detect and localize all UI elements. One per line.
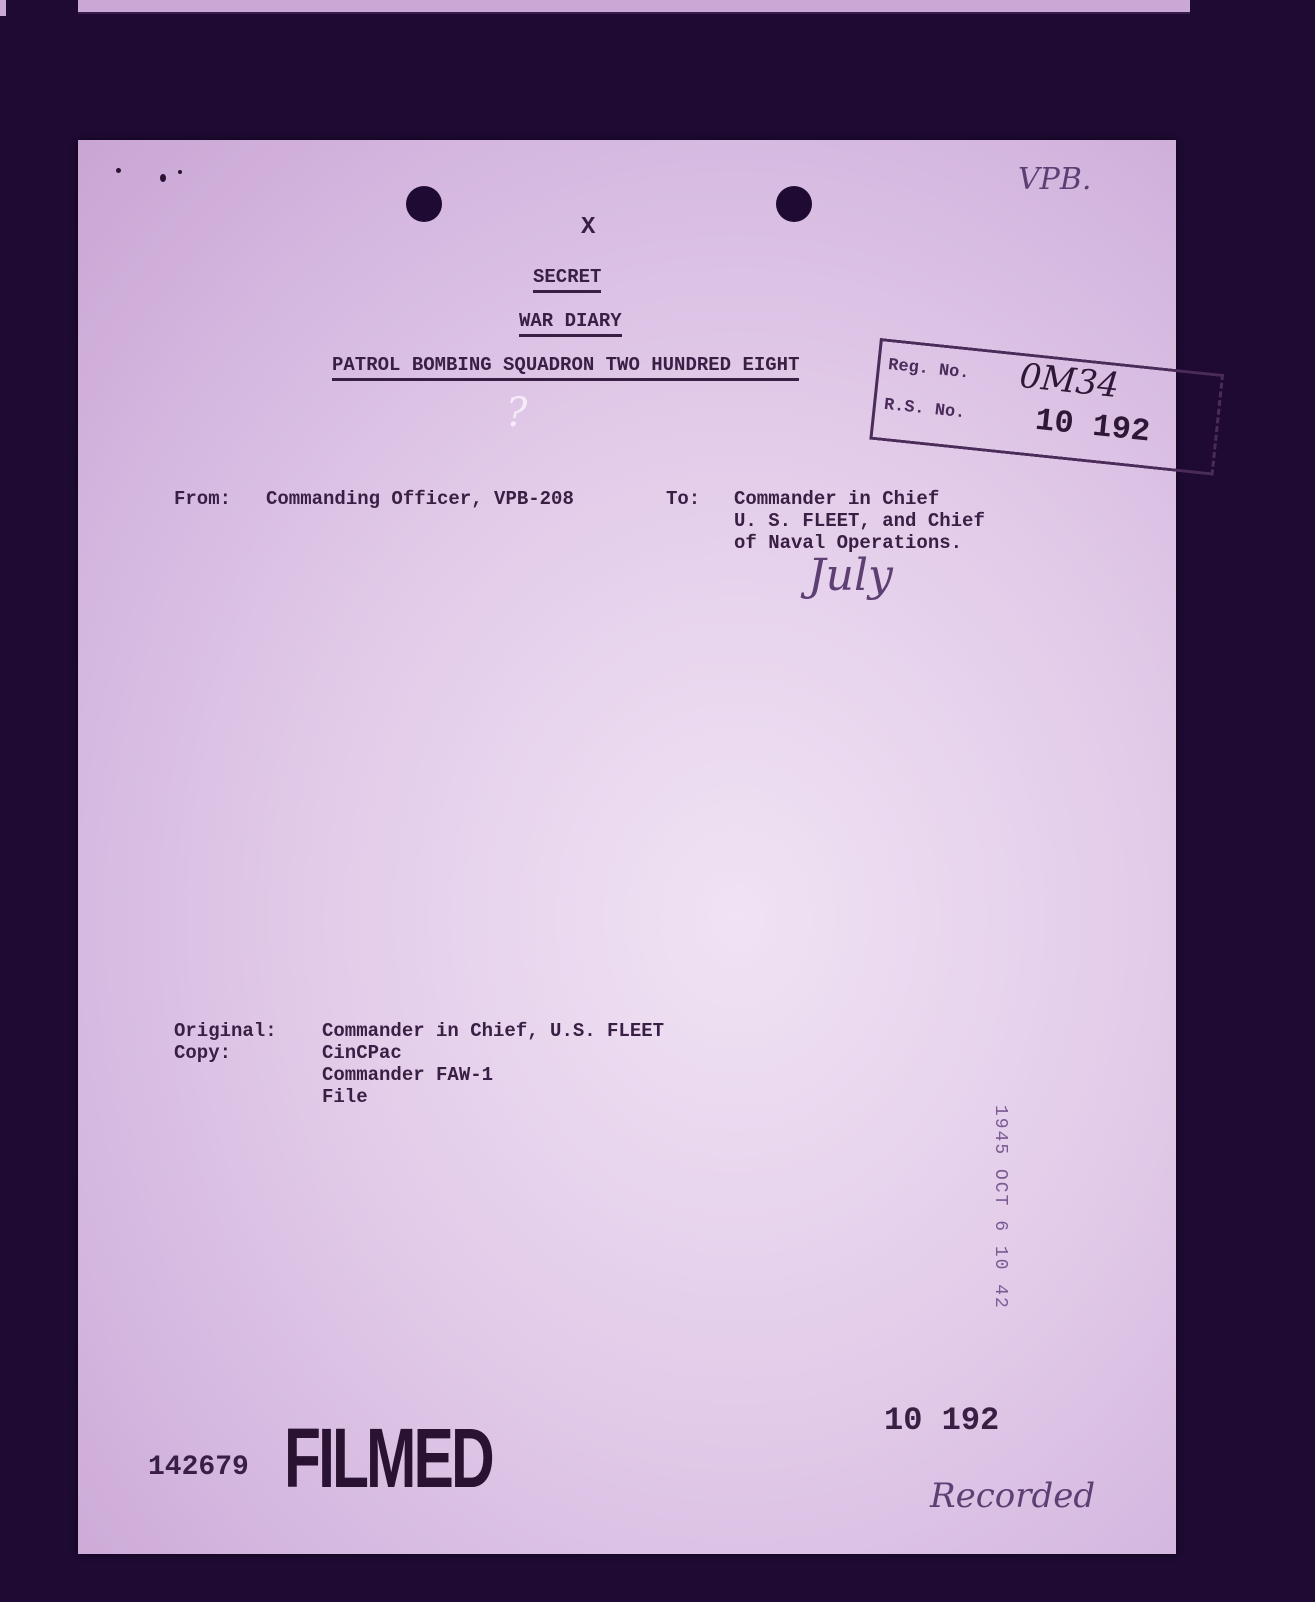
unit-name: PATROL BOMBING SQUADRON TWO HUNDRED EIGH… bbox=[332, 354, 799, 381]
adjacent-frame-edge bbox=[0, 0, 6, 16]
rs-no-value: 10 192 bbox=[1033, 402, 1151, 451]
speck bbox=[116, 168, 121, 173]
punch-hole bbox=[406, 186, 442, 222]
document-page: VPB. X SECRET WAR DIARY PATROL BOMBING S… bbox=[78, 140, 1176, 1554]
copy-recipient: Commander FAW-1 bbox=[322, 1064, 493, 1086]
reg-no-label: Reg. No. bbox=[887, 356, 970, 383]
to-line: U. S. FLEET, and Chief bbox=[734, 510, 985, 532]
handwritten-mark: ? bbox=[506, 390, 527, 436]
received-date-stamp: 1945 OCT 6 10 42 bbox=[990, 1105, 1010, 1310]
to-label: To: bbox=[666, 488, 700, 510]
bottom-record-number: 10 192 bbox=[884, 1402, 999, 1439]
original-value: Commander in Chief, U.S. FLEET bbox=[322, 1020, 664, 1042]
copy-label: Copy: bbox=[174, 1042, 231, 1064]
speck bbox=[178, 170, 182, 174]
recorded-note: Recorded bbox=[930, 1476, 1095, 1516]
copy-recipient: CinCPac bbox=[322, 1042, 402, 1064]
from-value: Commanding Officer, VPB-208 bbox=[266, 488, 574, 510]
previous-page-edge bbox=[78, 0, 1190, 14]
copy-recipient: File bbox=[322, 1086, 368, 1108]
original-label: Original: bbox=[174, 1020, 277, 1042]
handwritten-month: July bbox=[808, 550, 893, 601]
from-label: From: bbox=[174, 488, 231, 510]
registration-stamp: Reg. No. 0M34 R.S. No. 10 192 bbox=[869, 338, 1224, 476]
filmed-stamp: FILMED bbox=[284, 1410, 492, 1507]
to-line: Commander in Chief bbox=[734, 488, 939, 510]
corner-note: VPB. bbox=[1018, 162, 1091, 197]
classification: SECRET bbox=[533, 266, 601, 293]
top-mark: X bbox=[581, 214, 595, 241]
speck bbox=[160, 174, 166, 182]
rs-no-label: R.S. No. bbox=[883, 396, 966, 423]
punch-hole bbox=[776, 186, 812, 222]
film-number: 142679 bbox=[148, 1452, 249, 1483]
document-title: WAR DIARY bbox=[519, 310, 622, 337]
reg-no-value: 0M34 bbox=[1018, 356, 1121, 406]
